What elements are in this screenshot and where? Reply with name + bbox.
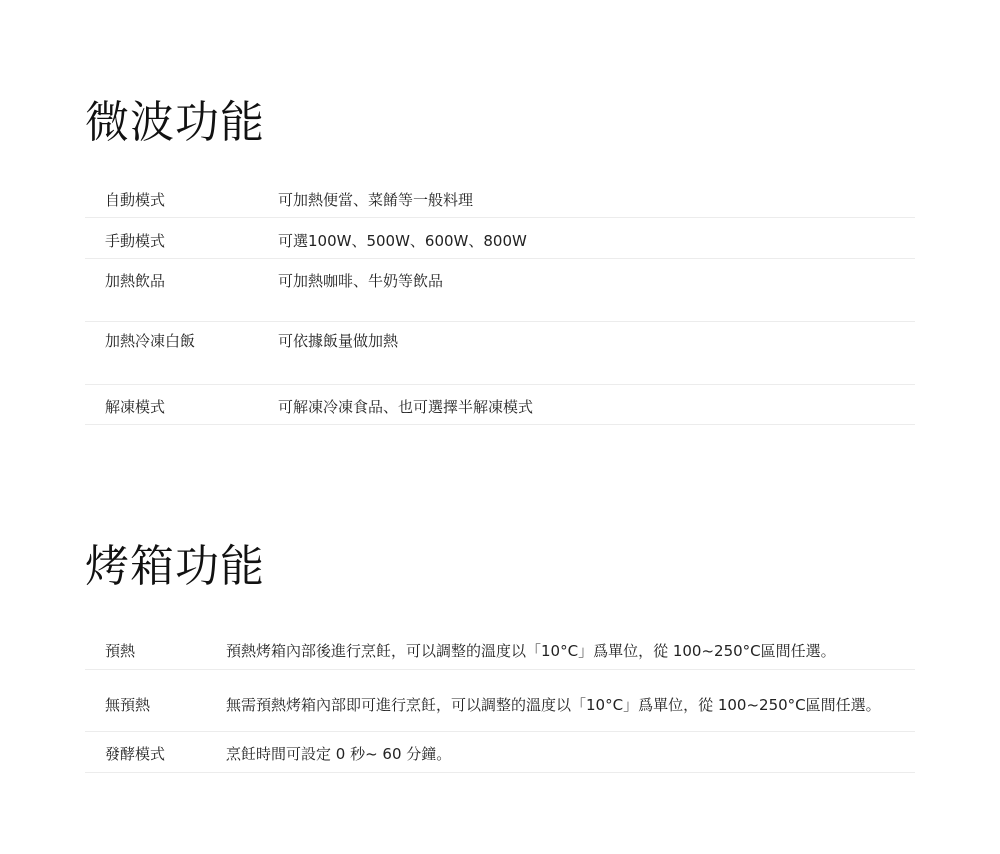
spec-value: 可加熱便當、菜餚等一般料理 — [278, 189, 473, 210]
spec-value: 可依據飯量做加熱 — [278, 330, 398, 351]
spec-value: 烹飪時間可設定 0 秒~ 60 分鐘。 — [226, 743, 451, 764]
spec-value: 無需預熱烤箱內部即可進行烹飪，可以調整的溫度以「10°C」爲單位，從 100~2… — [226, 694, 881, 715]
spec-label: 預熱 — [105, 640, 135, 661]
spec-value: 可加熱咖啡、牛奶等飲品 — [278, 270, 443, 291]
microwave-title: 微波功能 — [85, 86, 265, 150]
spec-row: 加熱飲品 可加熱咖啡、牛奶等飲品 — [85, 259, 915, 322]
spec-row: 加熱冷凍白飯 可依據飯量做加熱 — [85, 322, 915, 385]
spec-label: 自動模式 — [105, 189, 165, 210]
spec-row: 解凍模式 可解凍冷凍食品、也可選擇半解凍模式 — [85, 385, 915, 425]
spec-label: 發酵模式 — [105, 743, 165, 764]
spec-value: 可選100W、500W、600W、800W — [278, 230, 527, 251]
spec-value: 可解凍冷凍食品、也可選擇半解凍模式 — [278, 396, 533, 417]
spec-label: 加熱飲品 — [105, 270, 165, 291]
spec-label: 無預熱 — [105, 694, 150, 715]
spec-row: 手動模式 可選100W、500W、600W、800W — [85, 218, 915, 259]
spec-label: 加熱冷凍白飯 — [105, 330, 195, 351]
spec-row: 自動模式 可加熱便當、菜餚等一般料理 — [85, 177, 915, 218]
spec-row: 預熱 預熱烤箱內部後進行烹飪，可以調整的溫度以「10°C」爲單位，從 100~2… — [85, 627, 915, 670]
spec-row: 無預熱 無需預熱烤箱內部即可進行烹飪，可以調整的溫度以「10°C」爲單位，從 1… — [85, 670, 915, 732]
oven-title: 烤箱功能 — [85, 530, 265, 594]
spec-label: 手動模式 — [105, 230, 165, 251]
spec-row: 發酵模式 烹飪時間可設定 0 秒~ 60 分鐘。 — [85, 732, 915, 773]
spec-value: 預熱烤箱內部後進行烹飪，可以調整的溫度以「10°C」爲單位，從 100~250°… — [226, 640, 836, 661]
spec-label: 解凍模式 — [105, 396, 165, 417]
